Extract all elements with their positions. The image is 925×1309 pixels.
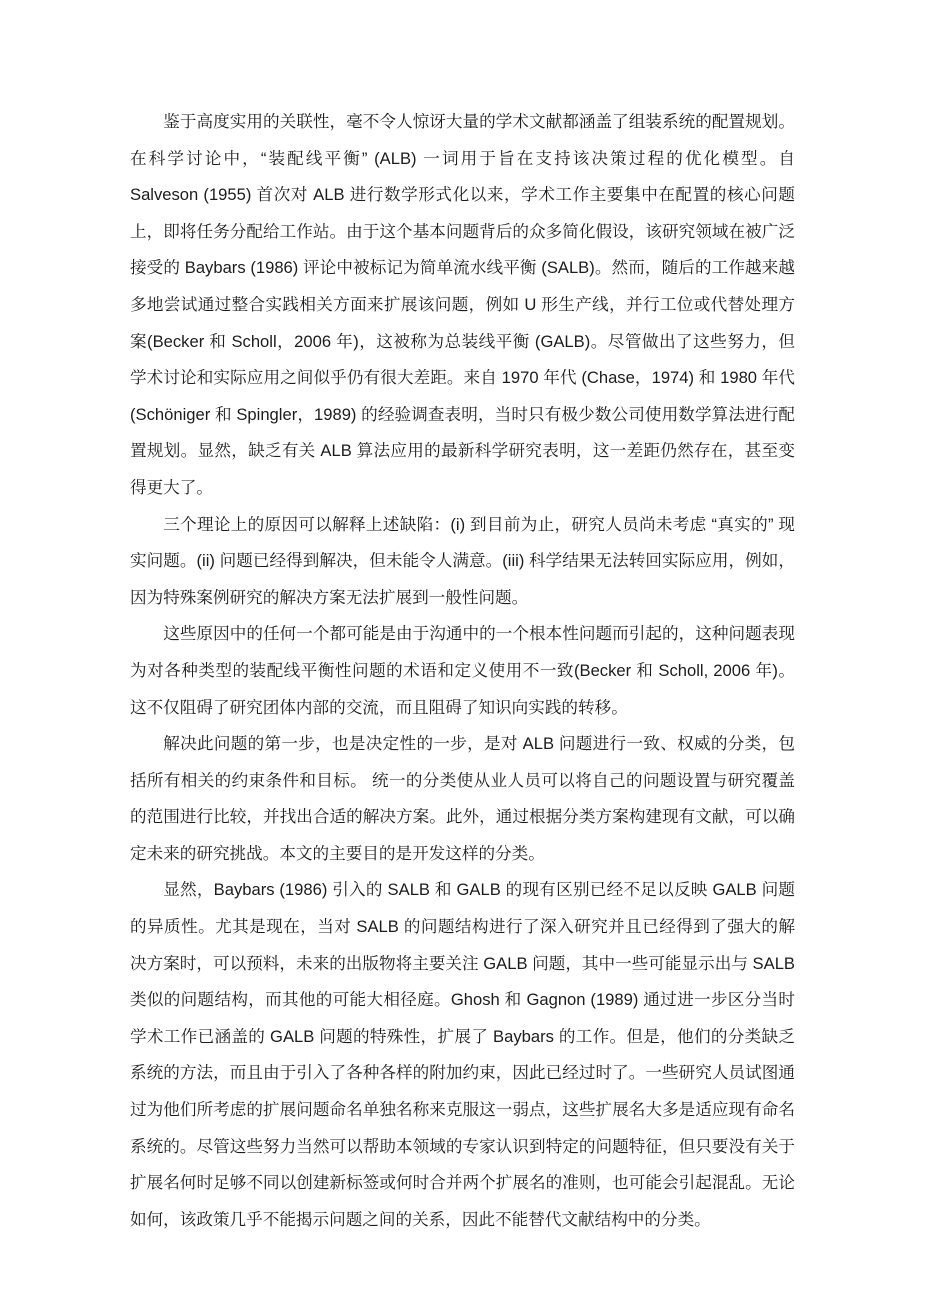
paragraph-intro-alb: 鉴于高度实用的关联性，毫不令人惊讶大量的学术文献都涵盖了组装系统的配置规划。在科… [130, 104, 795, 507]
paragraph-classification-goal: 解决此问题的第一步，也是决定性的一步，是对 ALB 问题进行一致、权威的分类，包… [130, 726, 795, 872]
document-page: 鉴于高度实用的关联性，毫不令人惊讶大量的学术文献都涵盖了组装系统的配置规划。在科… [0, 0, 925, 1309]
paragraph-salb-galb-distinction: 显然，Baybars (1986) 引入的 SALB 和 GALB 的现有区别已… [130, 872, 795, 1238]
text-block: 鉴于高度实用的关联性，毫不令人惊讶大量的学术文献都涵盖了组装系统的配置规划。在科… [130, 104, 795, 1238]
paragraph-three-reasons: 三个理论上的原因可以解释上述缺陷：(i) 到目前为止，研究人员尚未考虑 “真实的… [130, 507, 795, 617]
paragraph-communication-problem: 这些原因中的任何一个都可能是由于沟通中的一个根本性问题而引起的，这种问题表现为对… [130, 616, 795, 726]
